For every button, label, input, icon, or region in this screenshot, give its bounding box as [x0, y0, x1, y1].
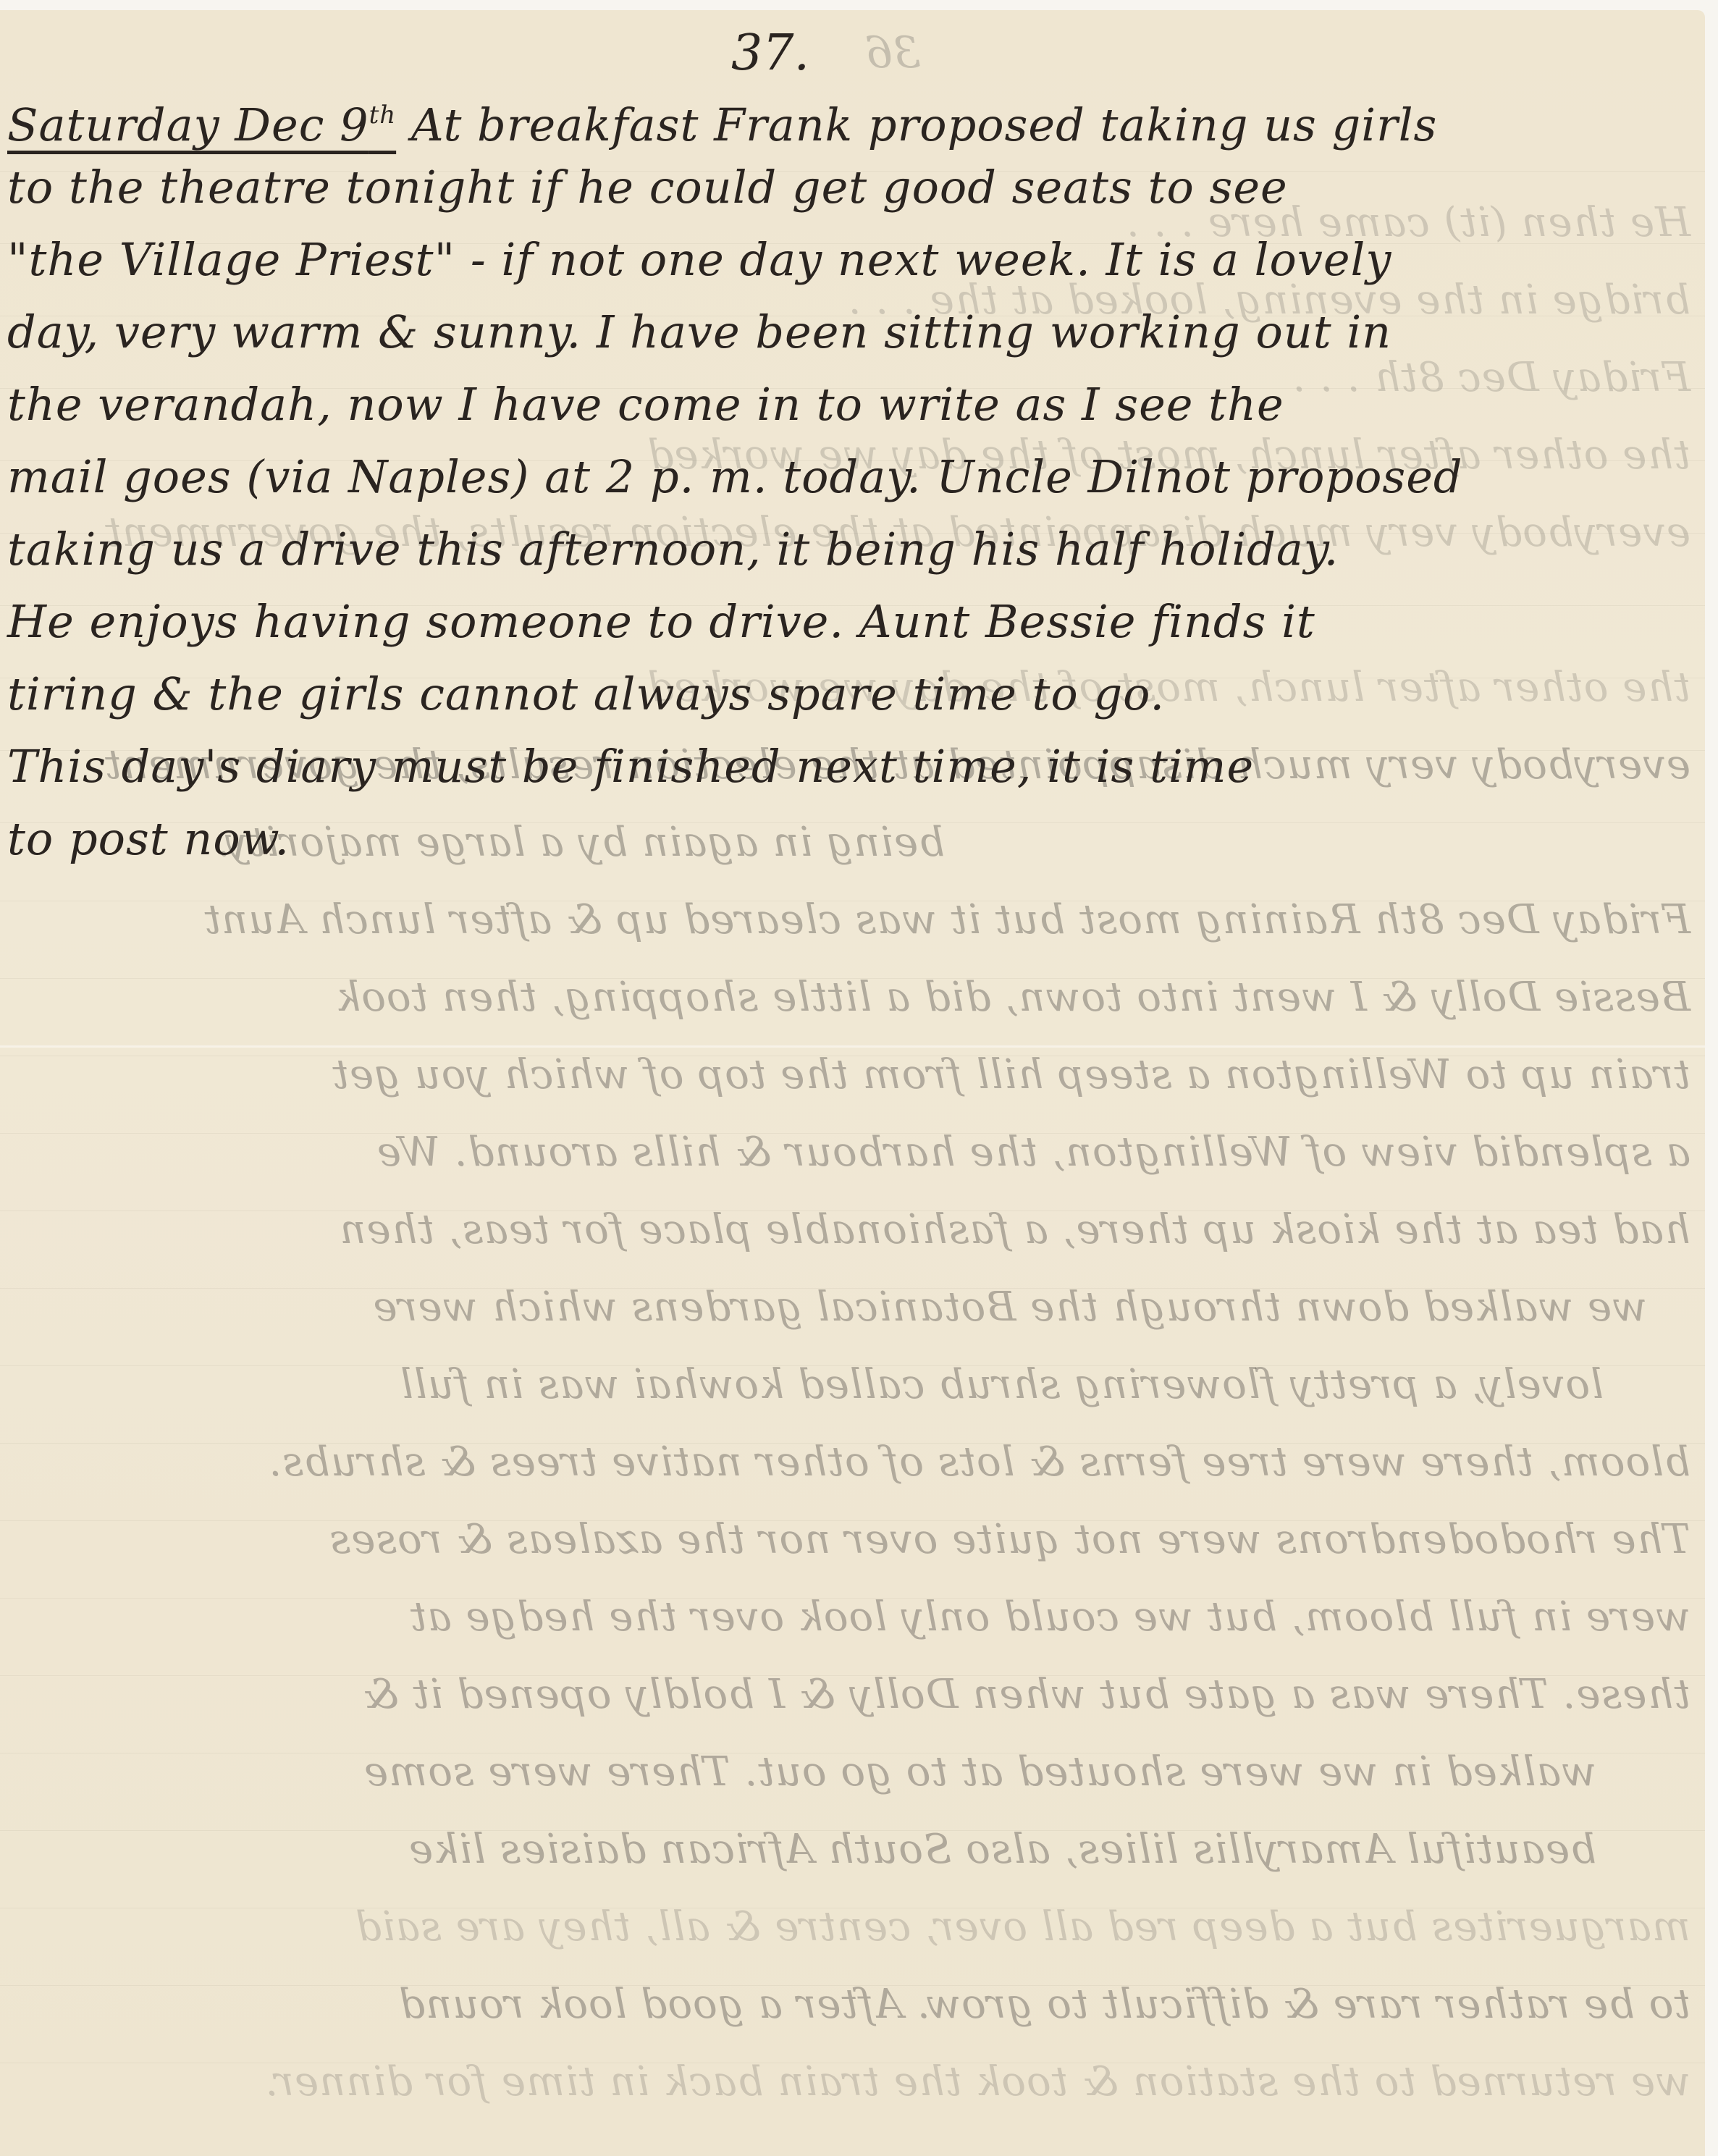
bleed-line: Bessie Dolly & I went into town, did a l…: [0, 959, 1705, 1036]
bleed-line: Friday Dec 8th Raining most but it was c…: [0, 881, 1705, 959]
entry-line: day, very warm & sunny. I have been sitt…: [7, 296, 1694, 369]
diary-page: 36 He then (it) came here . . . bridge i…: [0, 10, 1705, 2156]
bleed-line: to be rather rare & difficult to grow. A…: [0, 1966, 1705, 2043]
bleed-line: walked in we were shouted at to go out. …: [0, 1733, 1705, 1811]
diary-entry: Saturday Dec 9th At breakfast Frank prop…: [7, 79, 1694, 875]
bleed-line: lovely, a pretty flowering shrub called …: [0, 1346, 1705, 1423]
bleed-line: we walked down through the Botanical gar…: [0, 1268, 1705, 1346]
entry-line: He enjoys having someone to drive. Aunt …: [7, 586, 1694, 658]
bleed-line: were in full bloom, but we could only lo…: [0, 1578, 1705, 1656]
bleed-line: train up to Wellington a steep hill from…: [0, 1036, 1705, 1113]
entry-line: Saturday Dec 9th At breakfast Frank prop…: [7, 79, 1694, 151]
entry-line: the verandah, now I have come in to writ…: [7, 369, 1694, 441]
entry-line: mail goes (via Naples) at 2 p. m. today.…: [7, 441, 1694, 513]
entry-line: "the Village Priest" - if not one day ne…: [7, 224, 1694, 296]
bleed-line: bloom, there were tree ferns & lots of o…: [0, 1423, 1705, 1501]
entry-date-heading: Saturday Dec 9th: [7, 98, 396, 151]
entry-date-suffix: th: [369, 101, 397, 130]
entry-line: to post now.: [7, 803, 1694, 875]
entry-line: to the theatre tonight if he could get g…: [7, 151, 1694, 224]
bleed-line: marguerites but a deep red all over, cen…: [0, 1888, 1705, 1966]
entry-date: Saturday Dec 9: [7, 98, 369, 151]
bleed-line: beautiful Amaryllis lilies, also South A…: [0, 1811, 1705, 1888]
bleed-line: a splendid view of Wellington, the harbo…: [0, 1113, 1705, 1191]
entry-line: taking us a drive this afternoon, it bei…: [7, 513, 1694, 586]
bleed-through-page-number: 36: [865, 28, 920, 78]
entry-line: tiring & the girls cannot always spare t…: [7, 658, 1694, 730]
bleed-line: these. There was a gate but when Dolly &…: [0, 1656, 1705, 1733]
entry-line: This day's diary must be finished next t…: [7, 730, 1694, 803]
page-number: 37.: [731, 25, 809, 82]
bleed-line: we returned to the station & took the tr…: [0, 2043, 1705, 2121]
bleed-line: had tea at the kiosk up there, a fashion…: [0, 1191, 1705, 1268]
bleed-line: The rhododendrons were not quite over no…: [0, 1501, 1705, 1578]
entry-line-text: At breakfast Frank proposed taking us gi…: [411, 98, 1437, 151]
